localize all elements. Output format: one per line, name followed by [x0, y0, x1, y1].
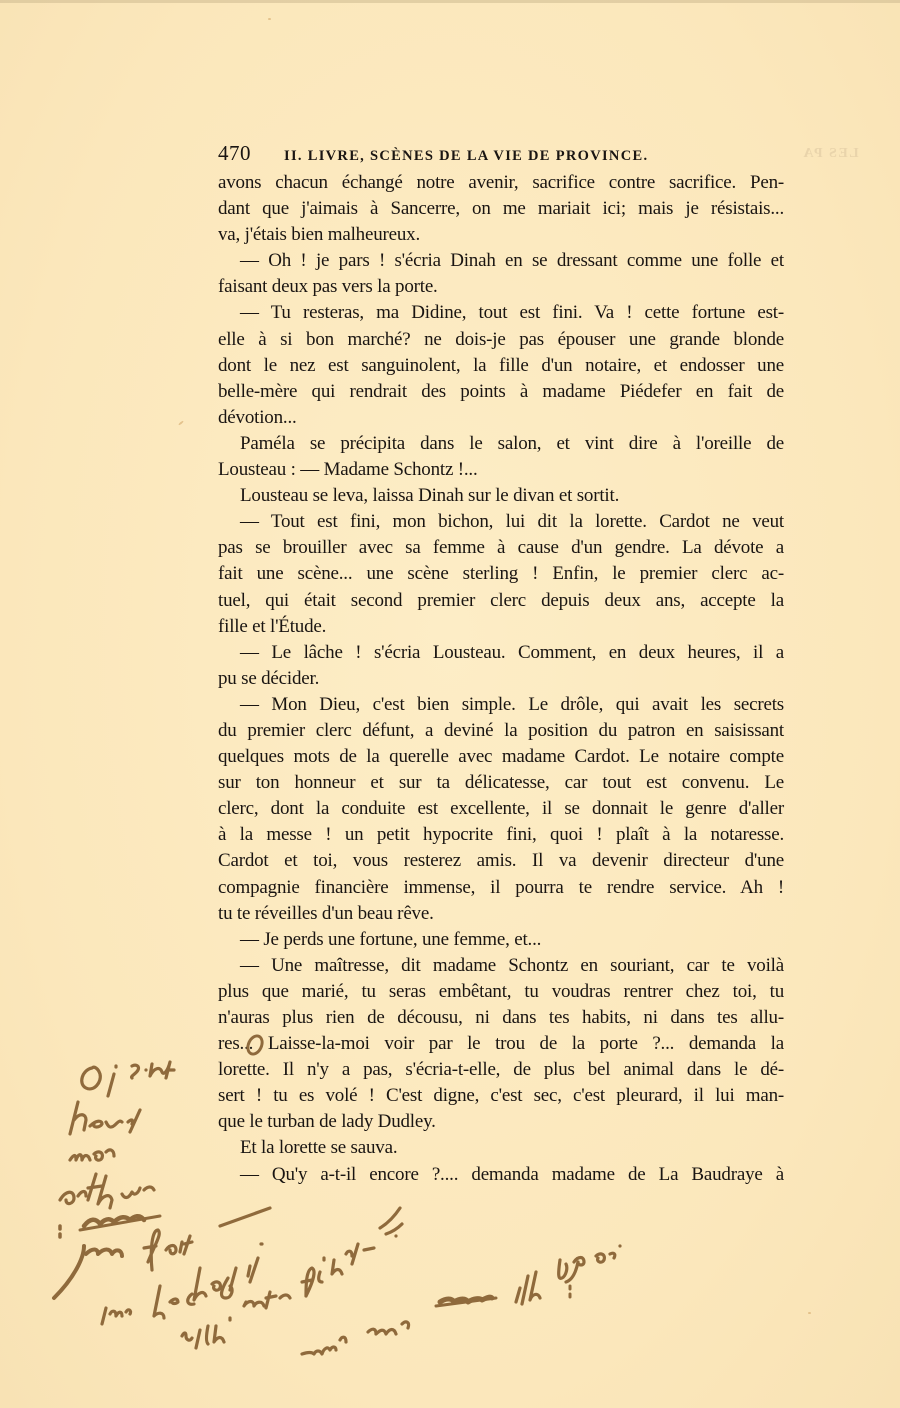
text-line: — Je perds une fortune, une femme, et... — [218, 927, 784, 953]
paper-speck — [178, 420, 184, 425]
text-line: elle à si bon marché? ne dois-je pas épo… — [218, 327, 784, 353]
text-line: — Tout est fini, mon bichon, lui dit la … — [218, 509, 784, 535]
text-line: faisant deux pas vers la porte. — [218, 274, 784, 300]
bleed-through-head: LES PA — [802, 146, 859, 162]
text-line: n'auras plus rien de décousu, ni dans te… — [218, 1005, 784, 1031]
text-line: Cardot et toi, vous resterez amis. Il va… — [218, 848, 784, 874]
text-line: — Une maîtresse, dit madame Schontz en s… — [218, 953, 784, 979]
text-line: fille et l'Étude. — [218, 614, 784, 640]
page-header: 470 II. LIVRE, SCÈNES DE LA VIE DE PROVI… — [218, 141, 798, 167]
page-top-edge — [0, 0, 900, 3]
text-line: sur ton honneur et sur ta délicatesse, c… — [218, 770, 784, 796]
text-line: clerc, dont la conduite est excellente, … — [218, 796, 784, 822]
text-line: Lousteau se leva, laissa Dinah sur le di… — [218, 483, 784, 509]
text-line: Lousteau : — Madame Schontz !... — [218, 457, 784, 483]
text-line: tuel, qui était second premier clerc dep… — [218, 588, 784, 614]
text-line: dévotion... — [218, 405, 784, 431]
body-text: avons chacun échangé notre avenir, sacri… — [218, 170, 784, 1188]
handwritten-annotation — [40, 1040, 740, 1380]
running-head: II. LIVRE, SCÈNES DE LA VIE DE PROVINCE. — [284, 148, 648, 165]
text-line: dont le nez est sanguinolent, la fille d… — [218, 353, 784, 379]
book-page: 470 II. LIVRE, SCÈNES DE LA VIE DE PROVI… — [0, 0, 900, 1408]
handwriting-icon — [40, 1040, 740, 1380]
page-number: 470 — [218, 141, 278, 166]
paper-speck — [268, 18, 271, 20]
text-line: du premier clerc défunt, a deviné la pos… — [218, 718, 784, 744]
text-line: fait une scène... une scène sterling ! E… — [218, 561, 784, 587]
text-line: à la messe ! un petit hypocrite fini, qu… — [218, 822, 784, 848]
text-line: va, j'étais bien malheureux. — [218, 222, 784, 248]
text-line: — Mon Dieu, c'est bien simple. Le drôle,… — [218, 692, 784, 718]
text-line: — Tu resteras, ma Didine, tout est fini.… — [218, 300, 784, 326]
text-line: plus que marié, tu seras embêtant, tu vo… — [218, 979, 784, 1005]
text-line: Paméla se précipita dans le salon, et vi… — [218, 431, 784, 457]
text-line: belle-mère qui rendrait des points à mad… — [218, 379, 784, 405]
text-line: tu te réveilles d'un beau rêve. — [218, 901, 784, 927]
text-line: avons chacun échangé notre avenir, sacri… — [218, 170, 784, 196]
text-line: quelques mots de la querelle avec madame… — [218, 744, 784, 770]
text-line: compagnie financière immense, il pourra … — [218, 875, 784, 901]
text-line: pu se décider. — [218, 666, 784, 692]
paper-speck — [808, 1312, 811, 1314]
text-line: dant que j'aimais à Sancerre, on me mari… — [218, 196, 784, 222]
text-line: — Le lâche ! s'écria Lousteau. Comment, … — [218, 640, 784, 666]
text-line: — Oh ! je pars ! s'écria Dinah en se dre… — [218, 248, 784, 274]
text-line: pas se brouiller avec sa femme à cause d… — [218, 535, 784, 561]
